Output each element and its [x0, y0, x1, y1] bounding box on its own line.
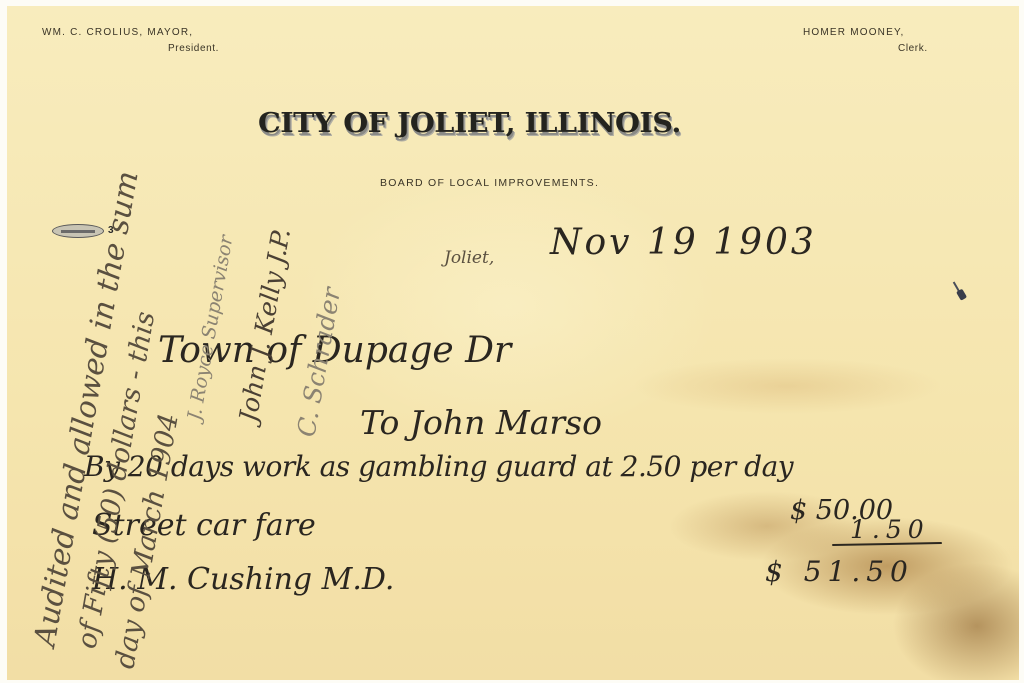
clerk-name: HOMER MOONEY, [803, 27, 905, 38]
union-label-icon [52, 224, 104, 238]
place-printed: Joliet, [444, 248, 494, 268]
bill-total: $ 51.50 [765, 555, 914, 588]
scan-background: WM. C. CROLIUS, MAYOR, President. HOMER … [0, 0, 1024, 683]
clerk-title: Clerk. [898, 43, 928, 54]
mayor-title: President. [168, 43, 219, 54]
line-item-description: By 20 days work as gambling guard at 2.5… [84, 450, 793, 483]
masthead-title: CITY OF JOLIET, ILLINOIS. [258, 108, 767, 139]
payee: To John Marso [360, 403, 602, 442]
board-subtitle: BOARD OF LOCAL IMPROVEMENTS. [380, 177, 599, 189]
mayor-name: WM. C. CROLIUS, MAYOR, [42, 27, 193, 38]
document-date: Nov 19 1903 [550, 222, 817, 263]
line-item-amount: 1.50 [850, 515, 930, 544]
